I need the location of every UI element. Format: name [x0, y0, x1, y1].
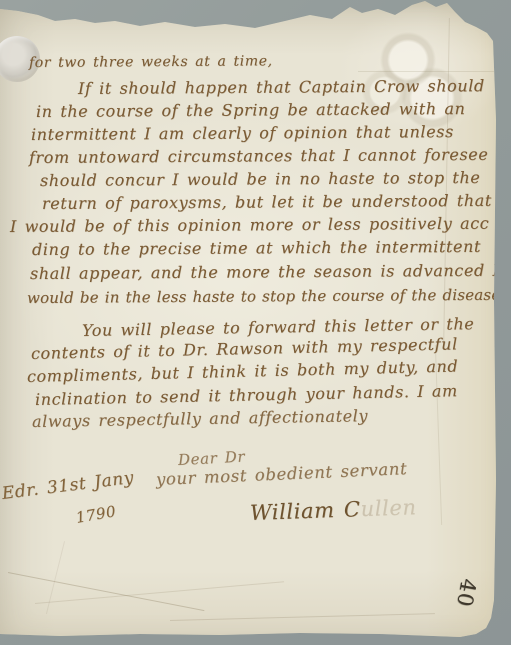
signature: William Cullen	[250, 497, 417, 523]
letter-line: intermittent I am clearly of opinion tha…	[31, 122, 454, 145]
letter-line: should concur I would be in no haste to …	[40, 168, 481, 191]
paper-crease	[170, 613, 435, 621]
letter-line: in the course of the Spring be attacked …	[36, 99, 466, 122]
date-annotation: Edr. 31st Jany	[1, 468, 135, 504]
letter-line: I would be of this opinion more or less …	[10, 214, 489, 237]
letter-line: If it should happen that Captain Crow sh…	[78, 76, 485, 99]
letter-line: shall appear, and the more the season is…	[30, 261, 500, 284]
date-annotation-year: 1790	[74, 501, 117, 528]
letter-paper: for two three weeks at a time, If it sho…	[0, 0, 511, 645]
paper-crease	[358, 71, 494, 72]
letter-line: always respectfully and affectionately	[32, 406, 368, 432]
scanned-letter: for two three weeks at a time, If it sho…	[0, 0, 511, 645]
letter-line: inclination to send it through your hand…	[35, 381, 458, 410]
paper-crease	[46, 541, 65, 614]
page-number-mark: 40	[454, 577, 479, 609]
signature-visible: William C	[250, 497, 361, 525]
letter-line: return of paroxysms, but let it be under…	[42, 191, 492, 214]
letter-line: for two three weeks at a time,	[29, 51, 273, 73]
signature-faded-tail: ullen	[360, 495, 417, 521]
letter-line: would be in the less haste to stop the c…	[27, 285, 505, 308]
letter-line: from untoward circumstances that I canno…	[29, 145, 489, 168]
letter-line: ding to the precise time at which the in…	[32, 237, 481, 260]
